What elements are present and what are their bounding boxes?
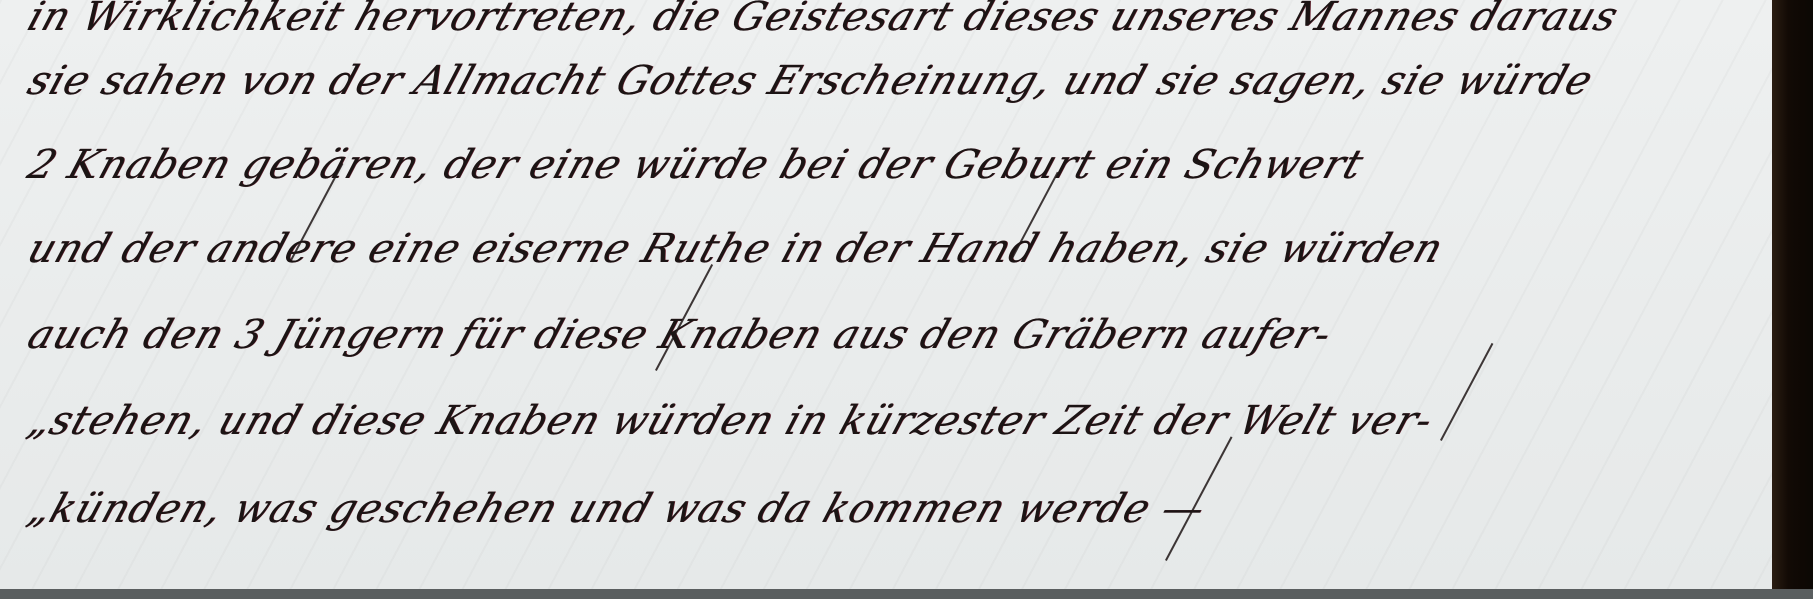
manuscript-page: in Wirklichkeit hervortreten, die Geiste… bbox=[0, 0, 1772, 589]
manuscript-line-5: auch den 3 Jüngern für diese Knaben aus … bbox=[22, 312, 1338, 358]
manuscript-line-2: sie sahen von der Allmacht Gottes Ersche… bbox=[22, 58, 1599, 104]
ascender-stroke bbox=[1440, 343, 1493, 441]
manuscript-line-7: „künden, was geschehen und was da kommen… bbox=[22, 486, 1211, 532]
manuscript-line-1: in Wirklichkeit hervortreten, die Geiste… bbox=[22, 0, 1624, 40]
manuscript-line-4: und der andere eine eiserne Ruthe in der… bbox=[22, 226, 1449, 272]
manuscript-line-6: „stehen, und diese Knaben würden in kürz… bbox=[22, 398, 1439, 444]
manuscript-line-3: 2 Knaben gebären, der eine würde bei der… bbox=[22, 142, 1369, 188]
page-binding-edge bbox=[1772, 0, 1813, 599]
page-bottom-edge bbox=[0, 589, 1813, 599]
